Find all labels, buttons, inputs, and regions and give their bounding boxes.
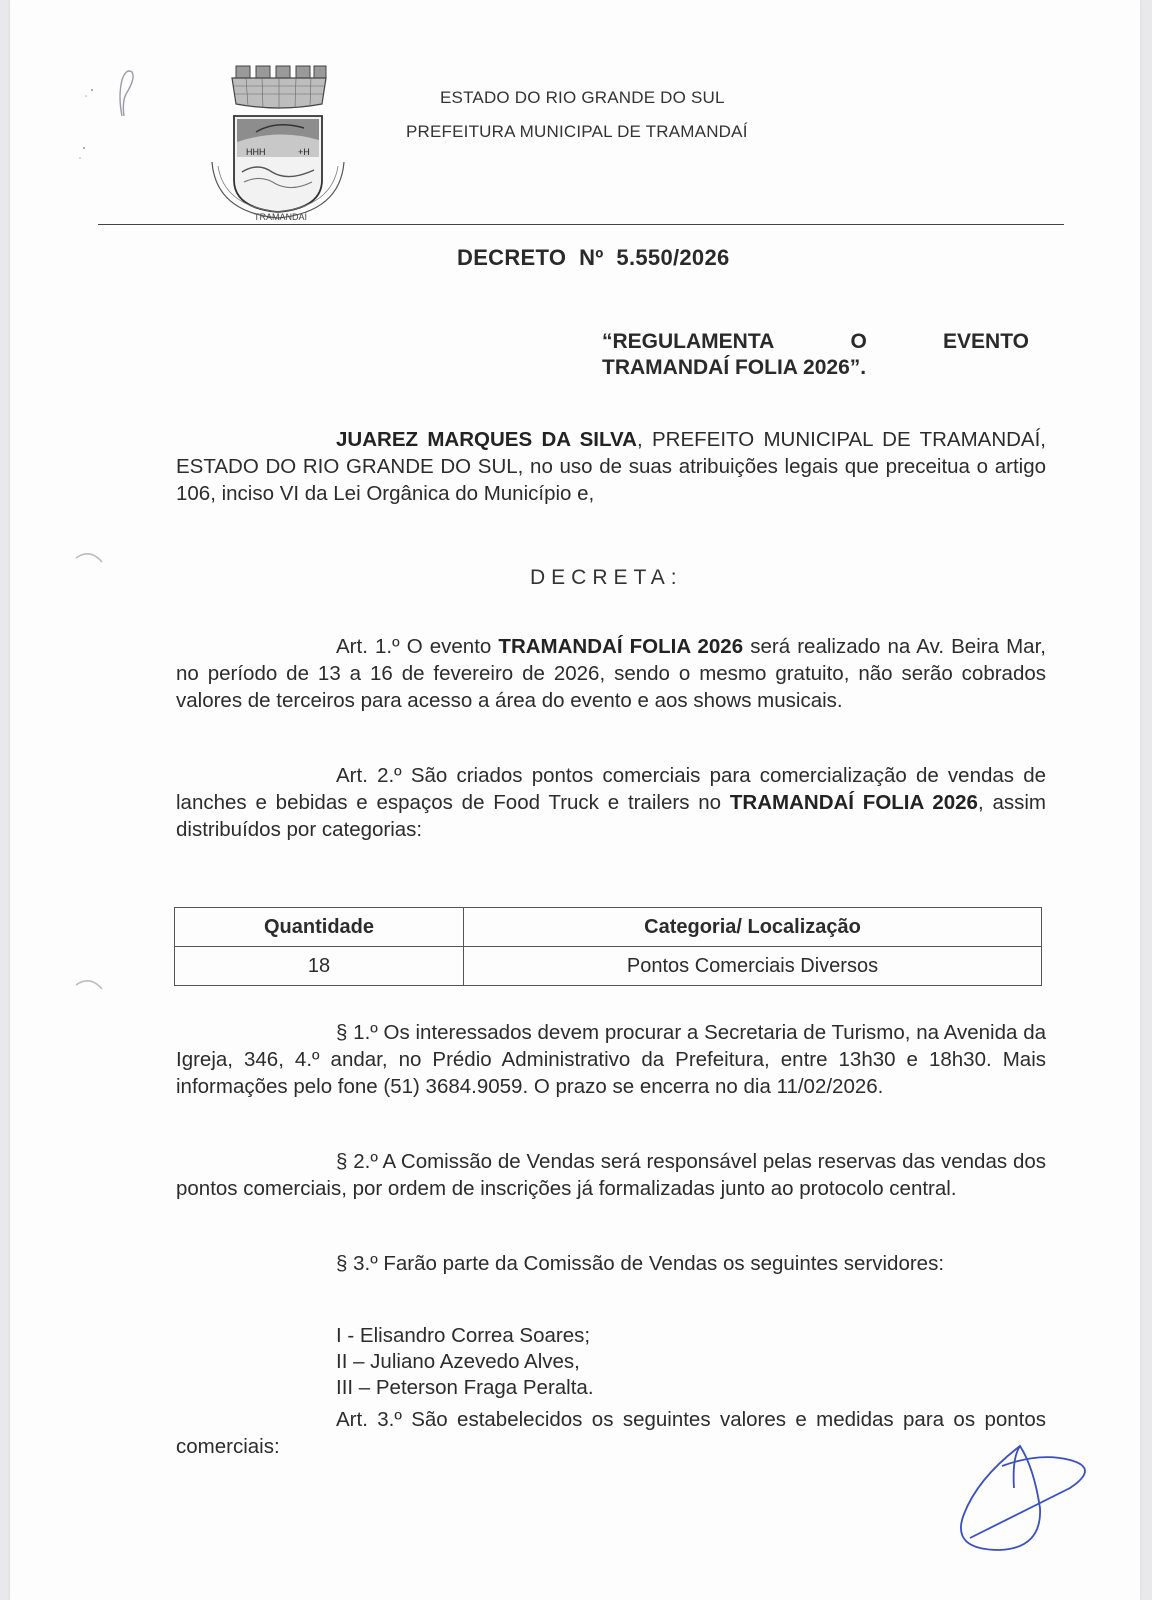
decree-ementa: “REGULAMENTA O EVENTO TRAMANDAÍ FOLIA 20… — [602, 329, 1029, 381]
ementa-word: O — [850, 329, 866, 355]
ementa-word: “REGULAMENTA — [602, 329, 774, 355]
municipality-heading: PREFEITURA MUNICIPAL DE TRAMANDAÍ — [406, 122, 748, 142]
paragraph-2: § 2.º A Comissão de Vendas será responsá… — [176, 1148, 1046, 1202]
ementa-word: EVENTO — [943, 329, 1029, 355]
cell-category: Pontos Comerciais Diversos — [464, 947, 1042, 986]
table-header-row: Quantidade Categoria/ Localização — [175, 908, 1042, 947]
list-item: I - Elisandro Correa Soares; — [336, 1323, 594, 1349]
decree-title: DECRETO Nº 5.550/2026 — [457, 245, 730, 271]
svg-text:+H: +H — [298, 147, 310, 157]
paragraph-3: § 3.º Farão parte da Comissão de Vendas … — [176, 1250, 1046, 1277]
list-item: II – Juliano Azevedo Alves, — [336, 1349, 594, 1375]
document-page: HHH +H TRAMANDAÍ ESTADO DO RIO GRANDE DO… — [10, 0, 1140, 1600]
cell-quantity: 18 — [175, 947, 464, 986]
decreta-heading: DECRETA: — [530, 566, 683, 590]
article-1: Art. 1.º O evento TRAMANDAÍ FOLIA 2026 s… — [176, 633, 1046, 714]
punch-hole-mark — [72, 548, 112, 576]
table-row: 18 Pontos Comerciais Diversos — [175, 947, 1042, 986]
mayor-name: JUAREZ MARQUES DA SILVA — [336, 428, 637, 451]
article-3: Art. 3.º São estabelecidos os seguintes … — [176, 1406, 1046, 1460]
list-item: III – Peterson Fraga Peralta. — [336, 1375, 594, 1401]
column-header-quantity: Quantidade — [175, 908, 464, 947]
column-header-category: Categoria/ Localização — [464, 908, 1042, 947]
ementa-line-2: TRAMANDAÍ FOLIA 2026”. — [602, 355, 1029, 381]
preamble: JUAREZ MARQUES DA SILVA, PREFEITO MUNICI… — [176, 426, 1046, 507]
punch-hole-mark — [72, 975, 112, 1003]
margin-initial-icon — [110, 66, 150, 122]
svg-text:HHH: HHH — [246, 147, 266, 157]
svg-text:TRAMANDAÍ: TRAMANDAÍ — [254, 212, 308, 222]
commission-members-list: I - Elisandro Correa Soares; II – Julian… — [336, 1323, 594, 1401]
paragraph-1: § 1.º Os interessados devem procurar a S… — [176, 1019, 1046, 1100]
article-2: Art. 2.º São criados pontos comerciais p… — [176, 762, 1046, 843]
state-heading: ESTADO DO RIO GRANDE DO SUL — [440, 88, 725, 108]
margin-marks-icon — [74, 84, 104, 164]
categories-table: Quantidade Categoria/ Localização 18 Pon… — [174, 907, 1042, 986]
coat-of-arms-icon: HHH +H TRAMANDAÍ — [206, 62, 350, 222]
signature-icon — [930, 1438, 1100, 1558]
header-divider — [98, 224, 1064, 225]
